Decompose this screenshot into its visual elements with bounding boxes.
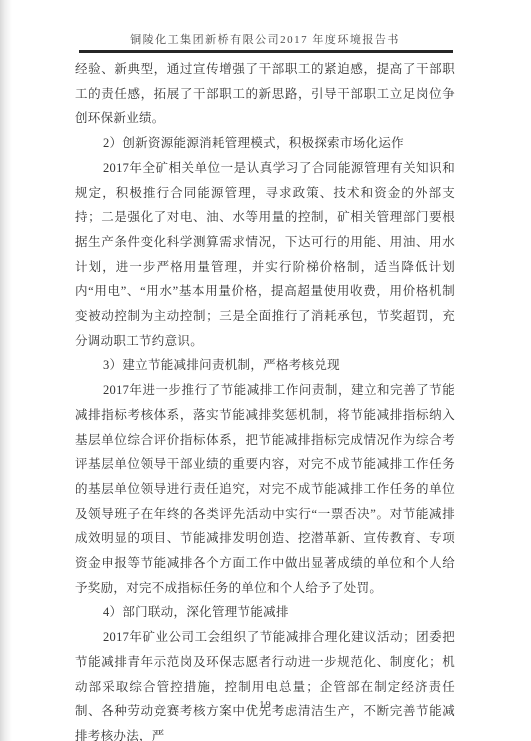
paragraph: 2017年进一步推行了节能减排工作问责制，建立和完善了节能减排指标考核体系，落实… [75,378,455,600]
section-heading: 4）部门联动，深化管理节能减排 [75,600,455,625]
paragraph: 经验、新典型，通过宣传增强了干部职工的紧迫感，提高了干部职工的责任感，拓展了干部… [75,57,455,131]
document-body: 经验、新典型，通过宣传增强了干部职工的紧迫感，提高了干部职工的责任感，拓展了干部… [75,57,455,741]
page-number: - 19 - [0,700,531,711]
paragraph: 2017年全矿相关单位一是认真学习了合同能源管理有关知识和规定，积极推行合同能源… [75,156,455,354]
document-page: { "page": { "header": "铜陵化工集团新桥有限公司2017 … [0,0,531,741]
paragraph: 2017年矿业公司工会组织了节能减排合理化建议活动；团委把节能减排青年示范岗及环… [75,625,455,741]
scan-shadow-edge [0,0,12,741]
header-rule [79,50,453,53]
section-heading: 2）创新资源能源消耗管理模式，积极探索市场化运作 [75,131,455,156]
page-header: 铜陵化工集团新桥有限公司2017 年度环境报告书 [75,31,455,47]
section-heading: 3）建立节能减排问责机制，严格考核兑现 [75,353,455,378]
